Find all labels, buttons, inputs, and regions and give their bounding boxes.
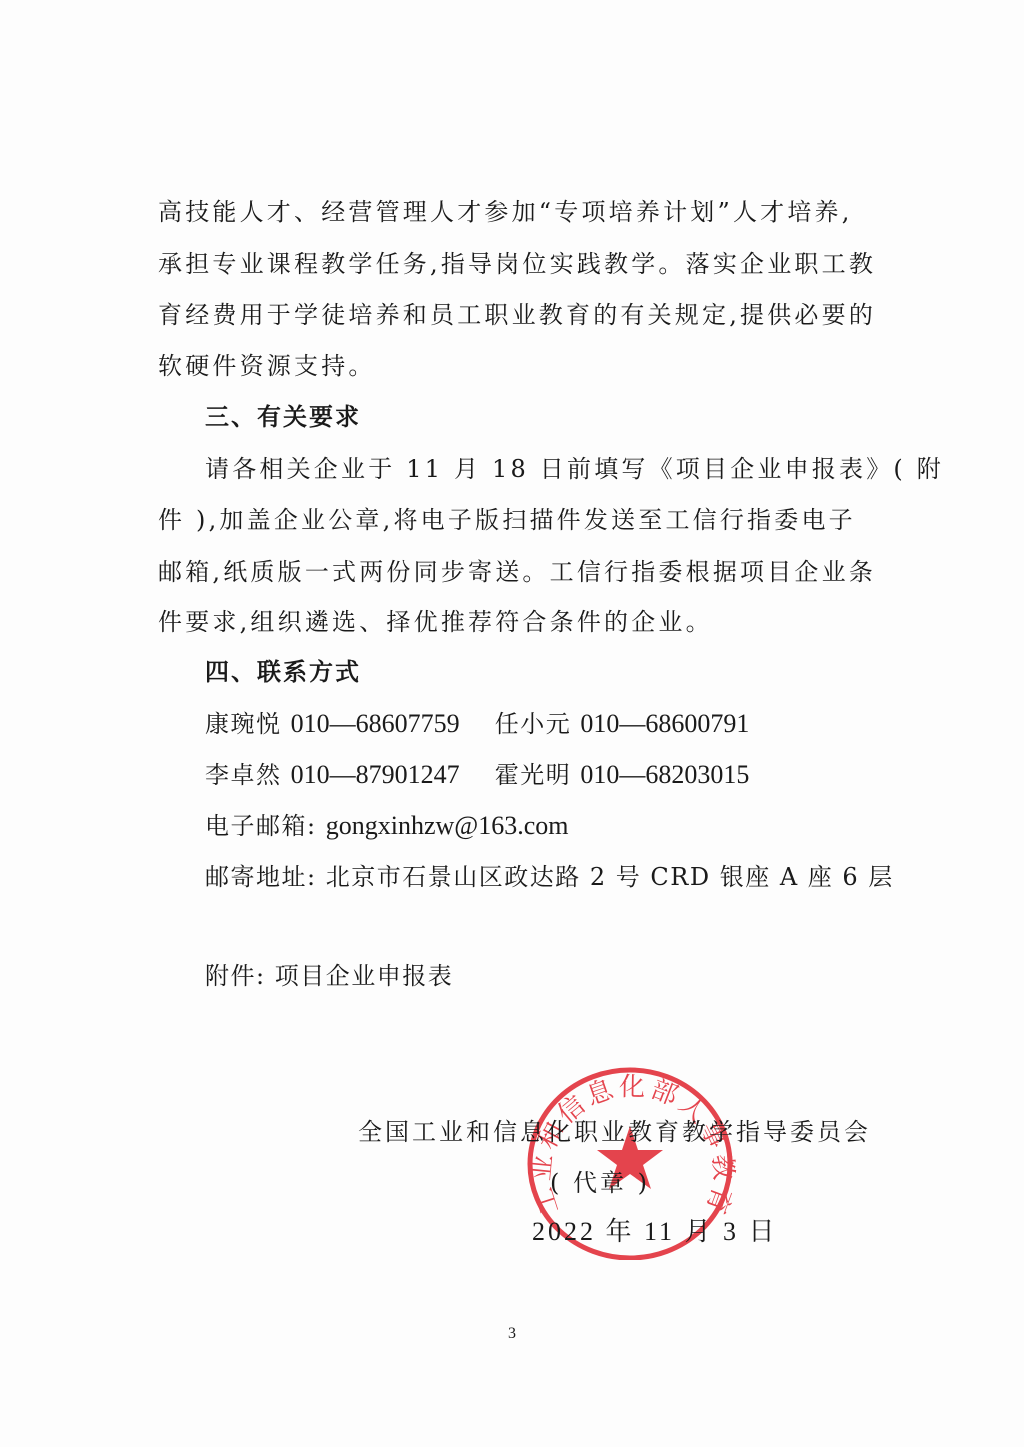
body-line: 软硬件资源支持。 <box>158 350 888 382</box>
contact-name: 任小元 <box>495 710 572 738</box>
section-heading-requirements: 三、有关要求 <box>205 401 935 433</box>
attachment-value: 项目企业申报表 <box>275 962 454 990</box>
contact-phone: 010—68203015 <box>580 760 749 789</box>
body-line: 邮箱,纸质版一式两份同步寄送。工信行指委根据项目企业条 <box>158 556 888 588</box>
page-number: 3 <box>508 1325 516 1343</box>
contact-row: 康琬悦 010—68607759 任小元 010—68600791 <box>205 708 935 740</box>
address-row: 邮寄地址: 北京市石景山区政达路 2 号 CRD 银座 A 座 6 层 <box>205 861 935 893</box>
body-line: 高技能人才、经营管理人才参加“专项培养计划”人才培养, <box>158 196 888 228</box>
email-row: 电子邮箱: gongxinhzw@163.com <box>205 810 935 842</box>
signature-org: 全国工业和信息化职业教育教学指导委员会 <box>358 1116 871 1148</box>
body-line: 承担专业课程教学任务,指导岗位实践教学。落实企业职工教 <box>158 248 888 280</box>
email-label: 电子邮箱: <box>205 812 317 840</box>
body-line: 育经费用于学徒培养和员工职业教育的有关规定,提供必要的 <box>158 299 888 331</box>
body-line: 请各相关企业于 11 月 18 日前填写《项目企业申报表》( 附 <box>205 453 935 485</box>
contact-name: 李卓然 <box>205 761 282 789</box>
signature-seal-note: ( 代章 ) <box>550 1167 650 1199</box>
contact-phone: 010—87901247 <box>291 760 460 789</box>
body-line: 件要求,组织遴选、择优推荐符合条件的企业。 <box>158 606 888 638</box>
attachment-label: 附件: <box>205 962 266 990</box>
attachment-row: 附件: 项目企业申报表 <box>205 960 935 992</box>
address-value: 北京市石景山区政达路 2 号 CRD 银座 A 座 6 层 <box>326 863 894 891</box>
email-address[interactable]: gongxinhzw@163.com <box>326 811 569 840</box>
body-line: 件 ),加盖企业公章,将电子版扫描件发送至工信行指委电子 <box>158 504 888 536</box>
signature-date: 2022 年 11 月 3 日 <box>532 1216 778 1248</box>
section-heading-contacts: 四、联系方式 <box>205 656 935 688</box>
contact-name: 康琬悦 <box>205 710 282 738</box>
address-label: 邮寄地址: <box>205 863 317 891</box>
contact-phone: 010—68600791 <box>580 709 749 738</box>
contact-name: 霍光明 <box>495 761 572 789</box>
contact-phone: 010—68607759 <box>291 709 460 738</box>
contact-row: 李卓然 010—87901247 霍光明 010—68203015 <box>205 759 935 791</box>
